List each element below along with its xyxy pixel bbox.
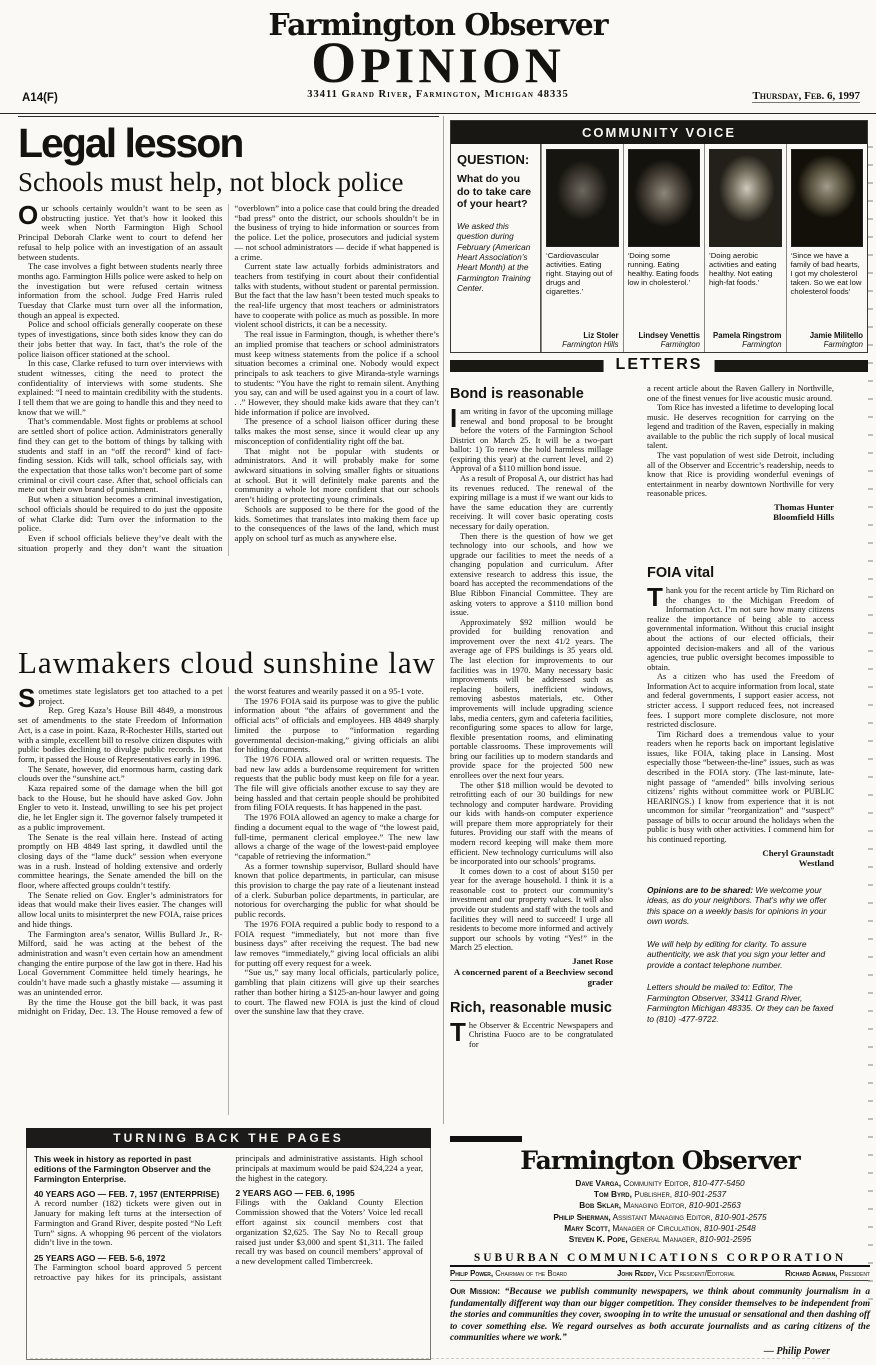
staff-phone: 810-901-2563 [689,1200,741,1210]
corporation-officers: Philip Power, Chairman of the Board John… [450,1269,870,1281]
observer-staff-box: Farmington Observer Dave Varga, Communit… [450,1136,870,1357]
paragraph: The real issue in Farmington, though, is… [235,330,440,417]
staff-line: Mary Scott, Manager of Circulation, 810-… [450,1223,870,1234]
letter-headline: Rich, reasonable music [450,1000,613,1016]
paragraph: Tom Rice has invested a lifetime to deve… [647,403,834,451]
respondent-quote: ‘Doing aerobic activities and eating hea… [709,251,782,287]
scan-edge-marks [868,130,873,1310]
staff-name: Philip Sherman, [553,1212,610,1222]
officer-role: President [837,1269,870,1278]
respondent-photo [709,149,782,247]
history-entry-body: Filings with the Oakland County Election… [236,1198,424,1267]
respondent-photo [546,149,619,247]
masthead: Farmington Observer OPINION 33411 Grand … [0,0,876,114]
paragraph: a recent article about the Raven Gallery… [647,384,834,403]
officer: Richard Aginian, President [785,1269,870,1278]
respondent-card: ‘Since we have a family of bad hearts, I… [786,144,868,352]
paragraph: Tim Richard does a tremendous value to y… [647,730,834,845]
respondent-city: Farmington [791,340,864,349]
paragraph: It comes down to a cost of about $150 pe… [450,867,613,953]
paragraph: The 1976 FOIA allowed oral or written re… [235,755,440,813]
signature-name: Thomas Hunter [647,502,834,513]
respondent-name: Pamela Ringstrom [709,331,782,340]
paragraph: But when a situation becomes a criminal … [18,495,223,534]
corporation-name: SUBURBAN COMMUNICATIONS CORPORATION [450,1252,870,1267]
paragraph: The 1976 FOIA said its purpose was to gi… [235,697,440,755]
respondent-name: Liz Stoler [546,331,619,340]
paragraph: The case involves a fight between studen… [18,262,223,320]
mission-text: “Because we publish community newspapers… [450,1287,870,1343]
officer-name: John Reddy, [617,1269,656,1278]
notice-lead: Opinions are to be shared: [647,885,753,895]
letter-headline: FOIA vital [647,565,834,581]
officer-role: Vice President/Editorial [656,1269,735,1278]
article-headline: Schools must help, not block police [18,167,439,197]
paragraph: The 1976 FOIA allowed an agency to make … [235,813,440,862]
paragraph: Thank you for the recent article by Tim … [647,586,834,672]
letters-column-1: Bond is reasonable I am writing in favor… [450,384,613,1049]
paragraph: The Senate is the real villain here. Ins… [18,833,223,891]
respondent-city: Farmington Hills [546,340,619,349]
turning-back-the-pages: Turning Back The Pages This week in hist… [18,1128,439,1360]
community-voice-box: Community Voice QUESTION: What do you do… [450,120,868,353]
staff-line: Bob Sklar, Managing Editor, 810-901-2563 [450,1200,870,1211]
section-title: OPINION [0,39,876,89]
staff-line: Dave Varga, Community Editor, 810-477-54… [450,1178,870,1189]
turning-back-box: This week in history as reported in past… [26,1148,431,1360]
staff-role: Publisher, [632,1189,674,1199]
officer-role: Chairman of the Board [493,1269,567,1278]
notice-text: We will help by editing for clarity. To … [647,939,825,970]
respondent-card: ‘Doing aerobic activities and eating hea… [704,144,786,352]
signature-name: Janet Rose [450,956,613,967]
paragraph: The Senate, however, did enormous harm, … [18,765,223,784]
respondent-name: Jamie Militello [791,331,864,340]
community-voice-question-cell: QUESTION: What do you do to take care of… [451,144,541,352]
question-context: We asked this question during February (… [457,221,534,294]
staff-phone: 810-901-2595 [700,1234,752,1244]
letters-column-2: a recent article about the Raven Gallery… [647,384,834,1049]
turning-back-intro: This week in history as reported in past… [34,1154,222,1184]
page-number: A14(F) [22,92,58,104]
letter-body: Thank you for the recent article by Tim … [647,586,834,845]
letter-signature: Cheryl Graunstadt Westland [647,848,834,869]
paragraph: I am writing in favor of the upcoming mi… [450,407,613,474]
masthead-address: 33411 Grand River, Farmington, Michigan … [0,89,876,100]
question-text: What do you do to take care of your hear… [457,173,534,211]
officer: Philip Power, Chairman of the Board [450,1269,567,1278]
letter-body: The Observer & Eccentric Newspapers and … [450,1021,613,1050]
paragraph: The Observer & Eccentric Newspapers and … [450,1021,613,1050]
staff-line: Tom Byrd, Publisher, 810-901-2537 [450,1189,870,1200]
letter-headline: Bond is reasonable [450,386,613,402]
letter-body: I am writing in favor of the upcoming mi… [450,407,613,953]
mission-label: Our Mission: [450,1286,505,1296]
paragraph: Schools are supposed to be there for the… [235,505,440,544]
staff-name: Tom Byrd, [594,1189,632,1199]
staff-role: Managing Editor, [621,1200,689,1210]
policy-notice: We will help by editing for clarity. To … [647,939,834,971]
staff-phone: 810-901-2548 [704,1223,756,1233]
decorative-rule [450,1136,522,1142]
letter-signature: Thomas Hunter Bloomfield Hills [647,502,834,523]
article-kicker: Legal lesson [18,123,439,163]
community-voice-title-bar: Community Voice [451,121,867,144]
staff-phone: 810-477-5450 [693,1178,745,1188]
staff-role: Community Editor, [621,1178,693,1188]
respondent-photo [628,149,701,247]
question-label: QUESTION: [457,152,534,167]
turning-back-title-bar: Turning Back The Pages [26,1128,431,1148]
community-voice-title: Community Voice [582,125,736,140]
article-body: Our schools certainly wouldn’t want to b… [18,204,439,556]
article-headline: Lawmakers cloud sunshine law [18,646,439,680]
staff-name: Mary Scott, [564,1223,610,1233]
mission-signature: — Philip Power [450,1346,870,1357]
scan-bottom-mark [30,1358,830,1359]
signature-title: Westland [647,858,834,869]
officer-name: Philip Power, [450,1269,493,1278]
turning-back-title: Turning Back The Pages [113,1131,343,1145]
staff-name: Bob Sklar, [579,1200,621,1210]
mission-statement: Our Mission: “Because we publish communi… [450,1286,870,1344]
letters-title: LETTERS [604,356,715,374]
newspaper-page: Farmington Observer OPINION 33411 Grand … [0,0,876,1365]
staff-name: Dave Varga, [575,1178,621,1188]
officer-name: Richard Aginian, [785,1269,837,1278]
paragraph: Kaza repaired some of the damage when th… [18,784,223,833]
paragraph: The 1976 FOIA required a public body to … [235,920,440,969]
staff-phone: 810-901-2575 [715,1212,767,1222]
paragraph: The presence of a school liaison officer… [235,417,440,446]
paragraph: The other $18 million would be devoted t… [450,781,613,867]
signature-title: A concerned parent of a Beechview second… [450,967,613,988]
paragraph: “Sue us,” say many local officials, part… [235,968,440,1017]
column-divider [443,116,444,1124]
paragraph: Our schools certainly wouldn’t want to b… [18,204,223,262]
issue-date: Thursday, Feb. 6, 1997 [752,90,860,103]
paragraph: The vast population of west side Detroit… [647,451,834,499]
paragraph: Rep. Greg Kaza’s House Bill 4849, a mons… [18,706,223,764]
letters-title-bar: LETTERS [450,356,868,376]
policy-notice: Opinions are to be shared: We welcome yo… [647,885,834,927]
staff-role: Manager of Circulation, [610,1223,704,1233]
respondent-photo [791,149,864,247]
paragraph: Sometimes state legislators get too atta… [18,687,223,706]
letters-section: LETTERS Bond is reasonable I am writing … [450,356,868,1049]
staff-phone: 810-901-2537 [674,1189,726,1199]
officer: John Reddy, Vice President/Editorial [617,1269,735,1278]
paragraph: Police and school officials generally co… [18,320,223,359]
staff-role: Assistant Managing Editor, [611,1212,715,1222]
policy-notice: Letters should be mailed to: Editor, The… [647,982,834,1024]
letters-policy-notices: Opinions are to be shared: We welcome yo… [647,885,834,1025]
article-lawmakers: Lawmakers cloud sunshine law Sometimes s… [18,646,439,1115]
article-legal-lesson: Legal lesson Schools must help, not bloc… [18,116,439,556]
notice-text: Letters should be mailed to: Editor, The… [647,982,833,1024]
respondent-quote: ‘Cardiovascular activities. Eating right… [546,251,619,296]
letter-signature: Janet Rose A concerned parent of a Beech… [450,956,613,988]
staff-line: Philip Sherman, Assistant Managing Edito… [450,1212,870,1223]
staff-line: Steven K. Pope, General Manager, 810-901… [450,1234,870,1245]
signature-title: Bloomfield Hills [647,512,834,523]
paragraph: Current state law actually forbids admin… [235,262,440,330]
respondent-city: Farmington [628,340,701,349]
respondent-quote: ‘Since we have a family of bad hearts, I… [791,251,864,296]
signature-name: Cheryl Graunstadt [647,848,834,859]
letter-body: a recent article about the Raven Gallery… [647,384,834,499]
paragraph: In this case, Clarke refused to turn ove… [18,359,223,417]
paragraph: That might not be popular with students … [235,447,440,505]
article-body: Sometimes state legislators get too atta… [18,687,439,1115]
paragraph: That’s commendable. Most fights or probl… [18,417,223,495]
paragraph: As a citizen who has used the Freedom of… [647,672,834,729]
respondent-name: Lindsey Venettis [628,331,701,340]
paragraph: As a former township supervisor, Bullard… [235,862,440,920]
paragraph: Then there is the question of how we get… [450,532,613,618]
respondent-city: Farmington [709,340,782,349]
respondent-quote: ‘Doing some running. Eating healthy. Eat… [628,251,701,287]
staff-name: Steven K. Pope, [569,1234,628,1244]
staff-role: General Manager, [628,1234,700,1244]
history-entry-body: A record number (182) tickets were given… [34,1199,222,1248]
respondent-card: ‘Cardiovascular activities. Eating right… [541,144,623,352]
paragraph: As a result of Proposal A, our district … [450,474,613,531]
observer-box-paper-name: Farmington Observer [450,1146,870,1175]
paragraph: The Farmington area’s senator, Willis Bu… [18,930,223,998]
paragraph: The Senate relied on Gov. Engler’s admin… [18,891,223,930]
respondent-card: ‘Doing some running. Eating healthy. Eat… [623,144,705,352]
paragraph: Approximately $92 million would be provi… [450,618,613,781]
